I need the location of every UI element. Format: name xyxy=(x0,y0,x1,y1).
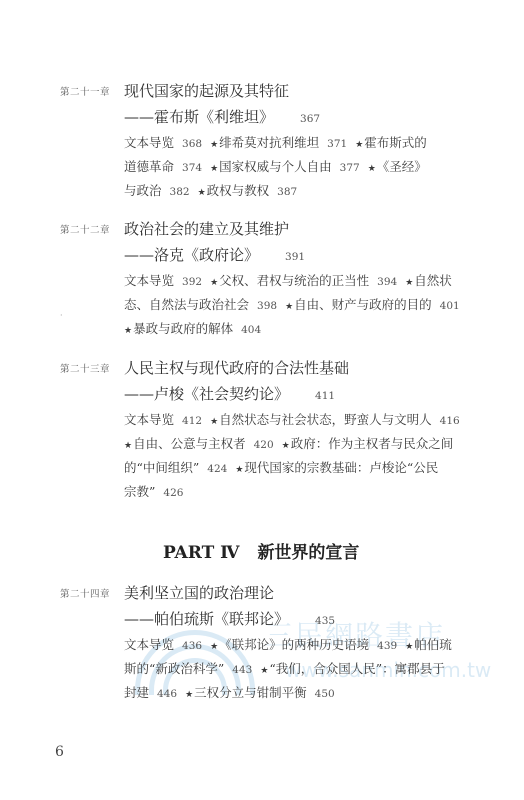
star-icon: ★ xyxy=(210,642,218,652)
contents-line: 与政治382★政权与教权387 xyxy=(124,180,469,204)
chapter-contents: 文本导览412★自然状态与社会状态，野蛮人与文明人416★自由、公意与主权者42… xyxy=(124,409,469,504)
chapter-contents: 文本导览392★父权、君权与统治的正当性394★自然状态、自然法与政治社会398… xyxy=(124,270,469,342)
section-title: 国家权威与个人自由 xyxy=(219,159,332,174)
section-title: 政权与教权 xyxy=(207,183,270,198)
chapter-label: 第二十三章 xyxy=(60,361,110,375)
section-title: 宗教” xyxy=(124,484,155,499)
page-ref: 394 xyxy=(377,276,397,288)
page-ref: 374 xyxy=(182,162,202,174)
star-icon: ★ xyxy=(210,140,218,150)
page-ref: 439 xyxy=(377,640,397,652)
contents-line: 文本导览392★父权、君权与统治的正当性394★自然状 xyxy=(124,270,469,294)
part-number: PART Ⅳ xyxy=(163,543,239,563)
contents-line: ★暴政与政府的解体404 xyxy=(124,318,469,342)
section-title: 文本导览 xyxy=(124,135,174,150)
contents-line: 宗教”426 xyxy=(124,481,469,504)
stray-mark: · xyxy=(60,311,63,320)
star-icon: ★ xyxy=(124,326,132,336)
chapter-subtitle: ——帕伯琉斯《联邦论》435 xyxy=(124,608,335,629)
section-title: 文本导览 xyxy=(124,412,174,427)
section-title: 《联邦论》的两种历史语境 xyxy=(219,637,369,652)
star-icon: ★ xyxy=(124,441,132,451)
contents-line: ★自由、公意与主权者420★政府：作为主权者与民众之间 xyxy=(124,433,469,457)
contents-line: 的“中间组织”424★现代国家的宗教基础：卢梭论“公民 xyxy=(124,457,469,481)
page-ref: 371 xyxy=(327,138,347,150)
page-ref: 401 xyxy=(440,300,460,312)
page-ref: 420 xyxy=(254,439,274,451)
section-title: 文本导览 xyxy=(124,273,174,288)
section-title: 自然状 xyxy=(414,273,452,288)
page-ref: 368 xyxy=(182,138,202,150)
section-title: 道德革命 xyxy=(124,159,174,174)
section-title: 《圣经》 xyxy=(377,159,427,174)
page-ref: 392 xyxy=(182,276,202,288)
contents-line: 道德革命374★国家权威与个人自由377★《圣经》 xyxy=(124,156,469,180)
chapter-subtitle: ——卢梭《社会契约论》411 xyxy=(124,383,335,404)
section-title: 父权、君权与统治的正当性 xyxy=(219,273,369,288)
page-ref: 450 xyxy=(315,688,335,700)
star-icon: ★ xyxy=(405,642,413,652)
section-title: 三权分立与钳制平衡 xyxy=(194,685,307,700)
page-ref: 377 xyxy=(340,162,360,174)
page-ref: 416 xyxy=(440,415,460,427)
page-ref: 411 xyxy=(315,390,335,402)
star-icon: ★ xyxy=(355,140,363,150)
contents-line: 态、自然法与政治社会398★自由、财产与政府的目的401 xyxy=(124,294,469,318)
star-icon: ★ xyxy=(235,465,243,475)
page-ref: 391 xyxy=(285,251,305,263)
chapter-title: 人民主权与现代政府的合法性基础 xyxy=(124,357,349,378)
chapter-label: 第二十四章 xyxy=(60,586,110,600)
section-title: 文本导览 xyxy=(124,637,174,652)
page-ref: 424 xyxy=(207,463,227,475)
contents-line: 文本导览436★《联邦论》的两种历史语境439★帕伯琉 xyxy=(124,634,469,658)
star-icon: ★ xyxy=(260,666,268,676)
part-title: 新世界的宣言 xyxy=(257,543,359,563)
contents-line: 封建446★三权分立与钳制平衡450 xyxy=(124,682,469,706)
star-icon: ★ xyxy=(368,164,376,174)
chapter-label: 第二十一章 xyxy=(60,84,110,98)
section-title: “我们，合众国人民”：寓郡县于 xyxy=(269,661,444,676)
page-ref: 426 xyxy=(163,487,183,499)
star-icon: ★ xyxy=(210,278,218,288)
page-ref: 367 xyxy=(300,113,320,125)
section-title: 帕伯琉 xyxy=(414,637,452,652)
page-ref: 404 xyxy=(241,324,261,336)
page-ref: 446 xyxy=(157,688,177,700)
chapter-contents: 文本导览436★《联邦论》的两种历史语境439★帕伯琉斯的“新政治科学”443★… xyxy=(124,634,469,706)
section-title: 政府：作为主权者与民众之间 xyxy=(291,436,454,451)
section-title: 态、自然法与政治社会 xyxy=(124,297,249,312)
star-icon: ★ xyxy=(210,417,218,427)
page-ref: 412 xyxy=(182,415,202,427)
page-ref: 443 xyxy=(232,664,252,676)
section-title: 斯的“新政治科学” xyxy=(124,661,224,676)
section-title: 与政治 xyxy=(124,183,162,198)
chapter-title: 现代国家的起源及其特征 xyxy=(124,80,289,101)
section-title: 的“中间组织” xyxy=(124,460,199,475)
star-icon: ★ xyxy=(185,690,193,700)
section-title: 封建 xyxy=(124,685,149,700)
star-icon: ★ xyxy=(282,441,290,451)
section-title: 自由、公意与主权者 xyxy=(133,436,246,451)
section-title: 现代国家的宗教基础：卢梭论“公民 xyxy=(244,460,438,475)
chapter-label: 第二十二章 xyxy=(60,222,110,236)
page-ref: 435 xyxy=(315,615,335,627)
page-ref: 382 xyxy=(170,186,190,198)
section-title: 自由、财产与政府的目的 xyxy=(294,297,432,312)
star-icon: ★ xyxy=(285,302,293,312)
star-icon: ★ xyxy=(198,188,206,198)
chapter-title: 政治社会的建立及其维护 xyxy=(124,218,289,239)
contents-line: 文本导览368★绯希莫对抗利维坦371★霍布斯式的 xyxy=(124,132,469,156)
page-number: 6 xyxy=(55,744,64,760)
section-title: 暴政与政府的解体 xyxy=(133,321,233,336)
chapter-subtitle: ——霍布斯《利维坦》367 xyxy=(124,106,320,127)
section-title: 绯希莫对抗利维坦 xyxy=(219,135,319,150)
chapter-contents: 文本导览368★绯希莫对抗利维坦371★霍布斯式的道德革命374★国家权威与个人… xyxy=(124,132,469,204)
section-title: 自然状态与社会状态，野蛮人与文明人 xyxy=(219,412,432,427)
chapter-subtitle: ——洛克《政府论》391 xyxy=(124,244,305,265)
section-title: 霍布斯式的 xyxy=(364,135,427,150)
star-icon: ★ xyxy=(210,164,218,174)
contents-line: 文本导览412★自然状态与社会状态，野蛮人与文明人416 xyxy=(124,409,469,433)
page-ref: 398 xyxy=(257,300,277,312)
star-icon: ★ xyxy=(405,278,413,288)
chapter-title: 美利坚立国的政治理论 xyxy=(124,582,274,603)
page-ref: 387 xyxy=(277,186,297,198)
part-heading: PART Ⅳ新世界的宣言 xyxy=(163,538,359,563)
contents-line: 斯的“新政治科学”443★“我们，合众国人民”：寓郡县于 xyxy=(124,658,469,682)
page-ref: 436 xyxy=(182,640,202,652)
